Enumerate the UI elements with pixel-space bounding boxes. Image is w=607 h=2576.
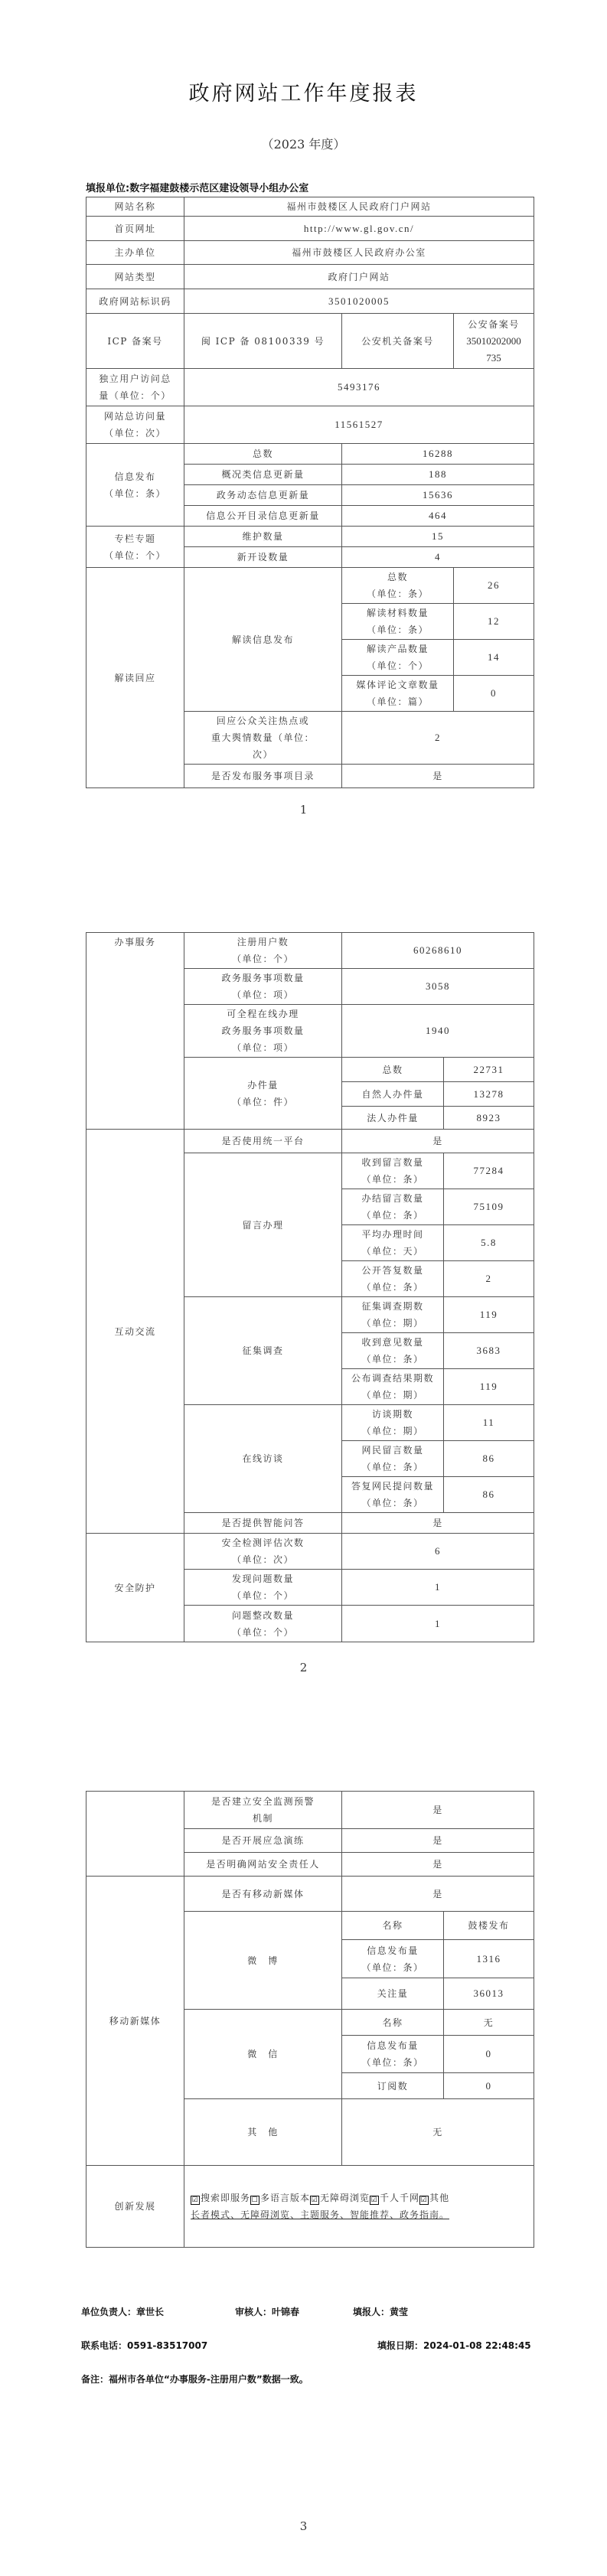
site-id-value: 3501020005 bbox=[184, 289, 534, 314]
label-line: （单位：期） bbox=[344, 1315, 441, 1332]
label-line: 访谈期数 bbox=[344, 1406, 441, 1423]
survey-row-value: 119 bbox=[444, 1297, 534, 1333]
columns-row-value: 15 bbox=[342, 527, 534, 547]
label-line: 公开答复数量 bbox=[344, 1262, 441, 1279]
messages-row-label: 平均办理时间 （单位：天） bbox=[342, 1225, 444, 1261]
label-line: 发现问题数量 bbox=[187, 1570, 339, 1587]
label-line: 信息发布 bbox=[89, 468, 181, 485]
services-label: 办事服务 bbox=[86, 933, 184, 1130]
wechat-label: 微 信 bbox=[184, 2010, 342, 2099]
label-line: （单位：条） bbox=[89, 485, 181, 502]
label-line: （单位：条） bbox=[344, 1351, 441, 1368]
messages-row-value: 75109 bbox=[444, 1189, 534, 1225]
innovation-options: ☑搜索即服务☐多语言版本☑无障碍浏览☑千人千网☑其他 长者模式、无障碍浏览、主题… bbox=[184, 2166, 534, 2248]
innovation-checklist: ☑搜索即服务☐多语言版本☑无障碍浏览☑千人千网☑其他 bbox=[191, 2190, 527, 2206]
report-table-page-1: 网站名称 福州市鼓楼区人民政府门户网站 首页网址 http://www.gl.g… bbox=[86, 197, 534, 788]
table-row: 信息发布 （单位：条） 总数 16288 bbox=[86, 444, 534, 465]
interpretation-label: 解读回应 bbox=[86, 568, 184, 788]
security-row-value: 1 bbox=[342, 1570, 534, 1606]
table-row: 网站类型 政府门户网站 bbox=[86, 265, 534, 289]
label-line: （单位：条） bbox=[344, 1459, 441, 1475]
cases-row-value: 13278 bbox=[444, 1082, 534, 1107]
messages-label: 留言办理 bbox=[184, 1153, 342, 1297]
table-row: 首页网址 http://www.gl.gov.cn/ bbox=[86, 217, 534, 241]
columns-row-label: 维护数量 bbox=[184, 527, 342, 547]
table-row: ICP 备案号 闽 ICP 备 08100339 号 公安机关备案号 公安备案号… bbox=[86, 314, 534, 369]
messages-row-value: 77284 bbox=[444, 1153, 534, 1189]
interpretation-row-label: 解读产品数量 （单位：个） bbox=[342, 640, 454, 676]
homepage-link[interactable]: http://www.gl.gov.cn/ bbox=[184, 217, 534, 241]
police-record-number-1: 35010202000 bbox=[456, 333, 531, 350]
label-line: 问题整改数量 bbox=[187, 1607, 339, 1624]
report-year: （2023 年度） bbox=[0, 135, 607, 152]
messages-row-label: 办结留言数量 （单位：条） bbox=[342, 1189, 444, 1225]
report-table-page-3: 是否建立安全监测预警 机制 是 是否开展应急演练 是 是否明确网站安全责任人 是… bbox=[86, 1791, 534, 2248]
label-line: 信息发布量 bbox=[344, 2037, 441, 2054]
contact-phone: 联系电话：0591-83517007 bbox=[81, 2339, 207, 2352]
table-row: 政府网站标识码 3501020005 bbox=[86, 289, 534, 314]
label-line: 注册用户数 bbox=[187, 934, 339, 951]
weibo-name-value: 鼓楼发布 bbox=[444, 1912, 534, 1940]
label-line: （单位：条） bbox=[344, 1279, 441, 1296]
label-line: （单位：项） bbox=[187, 1039, 339, 1056]
label-line: （单位：条） bbox=[344, 1495, 441, 1511]
registered-users-value: 60268610 bbox=[342, 933, 534, 969]
cases-row-value: 8923 bbox=[444, 1107, 534, 1130]
label-line: （单位：次） bbox=[89, 425, 181, 442]
info-release-row-value: 188 bbox=[342, 465, 534, 485]
smart-qa-value: 是 bbox=[342, 1513, 534, 1534]
wechat-name-label: 名称 bbox=[342, 2010, 444, 2036]
option-label: 其他 bbox=[429, 2193, 449, 2203]
wechat-posts-value: 0 bbox=[444, 2036, 534, 2073]
remark: 备注：福州市各单位“办事服务-注册用户数”数据一致。 bbox=[81, 2372, 308, 2385]
label-line: （单位：个） bbox=[187, 1587, 339, 1604]
reviewer: 审核人：叶锦春 bbox=[235, 2305, 299, 2318]
public-response-value: 2 bbox=[342, 712, 534, 765]
label-line: 政务服务事项数量 bbox=[187, 1022, 339, 1039]
table-row: 办事服务 注册用户数 （单位：个） 60268610 bbox=[86, 933, 534, 969]
label-line: 独立用户访问总 bbox=[89, 370, 181, 387]
info-release-row-value: 15636 bbox=[342, 485, 534, 506]
label-line: （单位：项） bbox=[187, 986, 339, 1003]
homepage-label: 首页网址 bbox=[86, 217, 184, 241]
weibo-followers-value: 36013 bbox=[444, 1978, 534, 2010]
info-release-row-label: 总数 bbox=[184, 444, 342, 465]
weibo-name-label: 名称 bbox=[342, 1912, 444, 1940]
online-items-value: 1940 bbox=[342, 1005, 534, 1058]
table-row: 主办单位 福州市鼓楼区人民政府办公室 bbox=[86, 241, 534, 265]
unit-head: 单位负责人：章世长 bbox=[81, 2305, 164, 2318]
interview-row-label: 访谈期数 （单位：期） bbox=[342, 1405, 444, 1441]
date-label: 填报日期： bbox=[377, 2340, 423, 2351]
checkbox-search-as-service[interactable]: ☑ bbox=[191, 2196, 200, 2205]
interpretation-row-value: 14 bbox=[454, 640, 534, 676]
messages-row-label: 公开答复数量 （单位：条） bbox=[342, 1261, 444, 1297]
icp-value: 闽 ICP 备 08100339 号 bbox=[184, 314, 342, 369]
table-row: 互动交流 是否使用统一平台 是 bbox=[86, 1130, 534, 1153]
public-response-label: 回应公众关注热点或 重大舆情数量（单位： 次） bbox=[184, 712, 342, 765]
page-number: 1 bbox=[0, 803, 607, 817]
innovation-other-text: 长者模式、无障碍浏览、主题服务、智能推荐、政务指南。 bbox=[191, 2206, 527, 2223]
interpretation-row-value: 0 bbox=[454, 676, 534, 712]
cases-row-label: 总数 bbox=[342, 1058, 444, 1082]
interpretation-row-label: 解读材料数量 （单位：条） bbox=[342, 604, 454, 640]
page-number: 3 bbox=[0, 2519, 607, 2533]
label-line: （单位：条） bbox=[344, 585, 451, 602]
cases-row-label: 法人办件量 bbox=[342, 1107, 444, 1130]
reporting-unit: 填报单位:数字福建鼓楼示范区建设领导小组办公室 bbox=[86, 180, 308, 194]
weibo-label: 微 博 bbox=[184, 1912, 342, 2010]
unique-visitors-value: 5493176 bbox=[184, 369, 534, 406]
unique-visitors-label: 独立用户访问总 量（单位：个） bbox=[86, 369, 184, 406]
option-label: 多语言版本 bbox=[260, 2193, 310, 2203]
label-line: （单位：次） bbox=[187, 1551, 339, 1568]
label-line: 重大舆情数量（单位： bbox=[187, 729, 339, 746]
label-line: 答复网民提问数量 bbox=[344, 1478, 441, 1495]
interpretation-row-label: 媒体评论文章数量 （单位：篇） bbox=[342, 676, 454, 712]
messages-row-value: 2 bbox=[444, 1261, 534, 1297]
label-line: （单位：条） bbox=[344, 621, 451, 638]
info-release-row-label: 信息公开目录信息更新量 bbox=[184, 506, 342, 527]
mobile-media-label: 移动新媒体 bbox=[86, 1877, 184, 2166]
security-cont-row-value: 是 bbox=[342, 1792, 534, 1829]
interview-row-value: 11 bbox=[444, 1405, 534, 1441]
security-row-label: 发现问题数量 （单位：个） bbox=[184, 1570, 342, 1606]
phone-label: 联系电话： bbox=[81, 2340, 127, 2351]
checkbox-other[interactable]: ☑ bbox=[419, 2196, 429, 2205]
interpretation-row-value: 26 bbox=[454, 568, 534, 604]
checkbox-personalized[interactable]: ☑ bbox=[370, 2196, 379, 2205]
filler-label: 填报人： bbox=[353, 2307, 390, 2317]
label-line: （单位：条） bbox=[344, 1959, 441, 1976]
unit-head-label: 单位负责人： bbox=[81, 2307, 136, 2317]
columns-row-label: 新开设数量 bbox=[184, 547, 342, 568]
interaction-label: 互动交流 bbox=[86, 1130, 184, 1534]
page-number: 2 bbox=[0, 1661, 607, 1674]
report-date: 填报日期：2024-01-08 22:48:45 bbox=[377, 2339, 531, 2352]
site-type-label: 网站类型 bbox=[86, 265, 184, 289]
interview-row-value: 86 bbox=[444, 1477, 534, 1513]
label-line: （单位：个） bbox=[344, 657, 451, 674]
police-record-title: 公安备案号 bbox=[456, 316, 531, 333]
interpretation-sub-label: 解读信息发布 bbox=[184, 568, 342, 712]
other-media-label: 其 他 bbox=[184, 2099, 342, 2166]
option-label: 无障碍浏览 bbox=[320, 2193, 370, 2203]
survey-row-value: 3683 bbox=[444, 1333, 534, 1369]
date-value: 2024-01-08 22:48:45 bbox=[423, 2340, 531, 2351]
security-row-label: 问题整改数量 （单位：个） bbox=[184, 1606, 342, 1642]
service-catalog-value: 是 bbox=[342, 765, 534, 788]
unified-platform-label: 是否使用统一平台 bbox=[184, 1130, 342, 1153]
filler: 填报人：黄莹 bbox=[353, 2305, 408, 2318]
label-line: （单位：个） bbox=[187, 951, 339, 967]
interview-row-label: 网民留言数量 （单位：条） bbox=[342, 1441, 444, 1477]
total-visits-label: 网站总访问量 （单位：次） bbox=[86, 406, 184, 444]
service-catalog-label: 是否发布服务事项目录 bbox=[184, 765, 342, 788]
label-line: 解读产品数量 bbox=[344, 641, 451, 657]
interpretation-row-label: 总数 （单位：条） bbox=[342, 568, 454, 604]
messages-row-label: 收到留言数量 （单位：条） bbox=[342, 1153, 444, 1189]
innovation-label: 创新发展 bbox=[86, 2166, 184, 2248]
site-name-label: 网站名称 bbox=[86, 197, 184, 217]
total-visits-value: 11561527 bbox=[184, 406, 534, 444]
label-line: 征集调查期数 bbox=[344, 1298, 441, 1315]
security-row-value: 1 bbox=[342, 1606, 534, 1642]
security-cont-row-label: 是否明确网站安全责任人 bbox=[184, 1853, 342, 1877]
label-line: （单位：个） bbox=[89, 547, 181, 564]
service-items-value: 3058 bbox=[342, 969, 534, 1005]
filler-value: 黄莹 bbox=[390, 2307, 408, 2317]
other-media-value: 无 bbox=[342, 2099, 534, 2166]
has-mobile-label: 是否有移动新媒体 bbox=[184, 1877, 342, 1912]
label-line: 量（单位：个） bbox=[89, 387, 181, 404]
report-title: 政府网站工作年度报表 bbox=[0, 77, 607, 106]
reviewer-value: 叶锦春 bbox=[272, 2307, 299, 2317]
wechat-subs-label: 订阅数 bbox=[342, 2073, 444, 2099]
label-line: 回应公众关注热点或 bbox=[187, 712, 339, 729]
option-label: 搜索即服务 bbox=[201, 2193, 250, 2203]
label-line: 解读材料数量 bbox=[344, 605, 451, 621]
info-release-row-label: 概况类信息更新量 bbox=[184, 465, 342, 485]
smart-qa-label: 是否提供智能问答 bbox=[184, 1513, 342, 1534]
security-row-label: 安全检测评估次数 （单位：次） bbox=[184, 1534, 342, 1570]
weibo-posts-label: 信息发布量 （单位：条） bbox=[342, 1940, 444, 1978]
label-line: 办件量 bbox=[187, 1077, 339, 1094]
messages-row-value: 5.8 bbox=[444, 1225, 534, 1261]
survey-label: 征集调查 bbox=[184, 1297, 342, 1405]
online-items-label: 可全程在线办理 政务服务事项数量 （单位：项） bbox=[184, 1005, 342, 1058]
interview-row-value: 86 bbox=[444, 1441, 534, 1477]
table-row: 独立用户访问总 量（单位：个） 5493176 bbox=[86, 369, 534, 406]
unit-head-value: 章世长 bbox=[136, 2307, 164, 2317]
label-line: 总数 bbox=[344, 569, 451, 585]
police-record-number-2: 735 bbox=[456, 350, 531, 367]
label-line: 平均办理时间 bbox=[344, 1226, 441, 1243]
report-table-page-2: 办事服务 注册用户数 （单位：个） 60268610 政务服务事项数量 （单位：… bbox=[86, 932, 534, 1642]
security-row-value: 6 bbox=[342, 1534, 534, 1570]
label-line: （单位：天） bbox=[344, 1243, 441, 1260]
police-record-label: 公安机关备案号 bbox=[342, 314, 454, 369]
wechat-subs-value: 0 bbox=[444, 2073, 534, 2099]
survey-row-label: 征集调查期数 （单位：期） bbox=[342, 1297, 444, 1333]
label-line: 网民留言数量 bbox=[344, 1442, 441, 1459]
option-label: 千人千网 bbox=[380, 2193, 419, 2203]
label-line: 收到留言数量 bbox=[344, 1154, 441, 1171]
label-line: 媒体评论文章数量 bbox=[344, 677, 451, 693]
label-line: （单位：条） bbox=[344, 1171, 441, 1188]
label-line: 政务服务事项数量 bbox=[187, 970, 339, 986]
reviewer-label: 审核人： bbox=[235, 2307, 272, 2317]
info-release-row-label: 政务动态信息更新量 bbox=[184, 485, 342, 506]
checkbox-accessibility[interactable]: ☑ bbox=[310, 2196, 319, 2205]
table-row: 网站总访问量 （单位：次） 11561527 bbox=[86, 406, 534, 444]
weibo-posts-value: 1316 bbox=[444, 1940, 534, 1978]
info-release-row-value: 16288 bbox=[342, 444, 534, 465]
label-line: 公布调查结果期数 bbox=[344, 1370, 441, 1387]
label-line: 专栏专题 bbox=[89, 530, 181, 547]
site-name-value: 福州市鼓楼区人民政府门户网站 bbox=[184, 197, 534, 217]
table-row: 是否建立安全监测预警 机制 是 bbox=[86, 1792, 534, 1829]
wechat-posts-label: 信息发布量 （单位：条） bbox=[342, 2036, 444, 2073]
cases-row-label: 自然人办件量 bbox=[342, 1082, 444, 1107]
security-cont-row-label: 是否建立安全监测预警 机制 bbox=[184, 1792, 342, 1829]
sponsor-label: 主办单位 bbox=[86, 241, 184, 265]
cases-label: 办件量 （单位：件） bbox=[184, 1058, 342, 1130]
wechat-name-value: 无 bbox=[444, 2010, 534, 2036]
label-line: （单位：条） bbox=[344, 2054, 441, 2071]
security-cont-row-value: 是 bbox=[342, 1853, 534, 1877]
table-row: 创新发展 ☑搜索即服务☐多语言版本☑无障碍浏览☑千人千网☑其他 长者模式、无障碍… bbox=[86, 2166, 534, 2248]
security-label: 安全防护 bbox=[86, 1534, 184, 1642]
table-row: 移动新媒体 是否有移动新媒体 是 bbox=[86, 1877, 534, 1912]
checkbox-multilingual[interactable]: ☐ bbox=[250, 2196, 259, 2205]
survey-row-label: 公布调查结果期数 （单位：期） bbox=[342, 1369, 444, 1405]
security-continued-label bbox=[86, 1792, 184, 1877]
label-line: 次） bbox=[187, 746, 339, 763]
table-row: 网站名称 福州市鼓楼区人民政府门户网站 bbox=[86, 197, 534, 217]
label-line: 信息发布量 bbox=[344, 1942, 441, 1959]
label-line: （单位：个） bbox=[187, 1624, 339, 1641]
label-line: 是否建立安全监测预警 bbox=[187, 1793, 339, 1810]
interview-row-label: 答复网民提问数量 （单位：条） bbox=[342, 1477, 444, 1513]
security-cont-row-value: 是 bbox=[342, 1829, 534, 1853]
table-row: 安全防护 安全检测评估次数 （单位：次） 6 bbox=[86, 1534, 534, 1570]
columns-label: 专栏专题 （单位：个） bbox=[86, 527, 184, 568]
table-row: 专栏专题 （单位：个） 维护数量 15 bbox=[86, 527, 534, 547]
sponsor-value: 福州市鼓楼区人民政府办公室 bbox=[184, 241, 534, 265]
unified-platform-value: 是 bbox=[342, 1130, 534, 1153]
weibo-followers-label: 关注量 bbox=[342, 1978, 444, 2010]
icp-label: ICP 备案号 bbox=[86, 314, 184, 369]
site-id-label: 政府网站标识码 bbox=[86, 289, 184, 314]
survey-row-value: 119 bbox=[444, 1369, 534, 1405]
info-release-row-value: 464 bbox=[342, 506, 534, 527]
label-line: 收到意见数量 bbox=[344, 1334, 441, 1351]
label-line: （单位：条） bbox=[344, 1207, 441, 1224]
table-row: 解读回应 解读信息发布 总数 （单位：条） 26 bbox=[86, 568, 534, 604]
label-line: 网站总访问量 bbox=[89, 408, 181, 425]
interpretation-row-value: 12 bbox=[454, 604, 534, 640]
has-mobile-value: 是 bbox=[342, 1877, 534, 1912]
interview-label: 在线访谈 bbox=[184, 1405, 342, 1513]
label-line: 可全程在线办理 bbox=[187, 1006, 339, 1022]
police-record-value: 公安备案号 35010202000 735 bbox=[454, 314, 534, 369]
label-line: （单位：篇） bbox=[344, 693, 451, 710]
service-items-label: 政务服务事项数量 （单位：项） bbox=[184, 969, 342, 1005]
survey-row-label: 收到意见数量 （单位：条） bbox=[342, 1333, 444, 1369]
phone-value: 0591-83517007 bbox=[127, 2340, 207, 2351]
label-line: 安全检测评估次数 bbox=[187, 1534, 339, 1551]
security-cont-row-label: 是否开展应急演练 bbox=[184, 1829, 342, 1853]
label-line: 办结留言数量 bbox=[344, 1190, 441, 1207]
columns-row-value: 4 bbox=[342, 547, 534, 568]
label-line: （单位：期） bbox=[344, 1423, 441, 1440]
registered-users-label: 注册用户数 （单位：个） bbox=[184, 933, 342, 969]
label-line: （单位：期） bbox=[344, 1387, 441, 1404]
info-release-label: 信息发布 （单位：条） bbox=[86, 444, 184, 527]
cases-row-value: 22731 bbox=[444, 1058, 534, 1082]
site-type-value: 政府门户网站 bbox=[184, 265, 534, 289]
label-line: （单位：件） bbox=[187, 1094, 339, 1110]
label-line: 机制 bbox=[187, 1810, 339, 1827]
